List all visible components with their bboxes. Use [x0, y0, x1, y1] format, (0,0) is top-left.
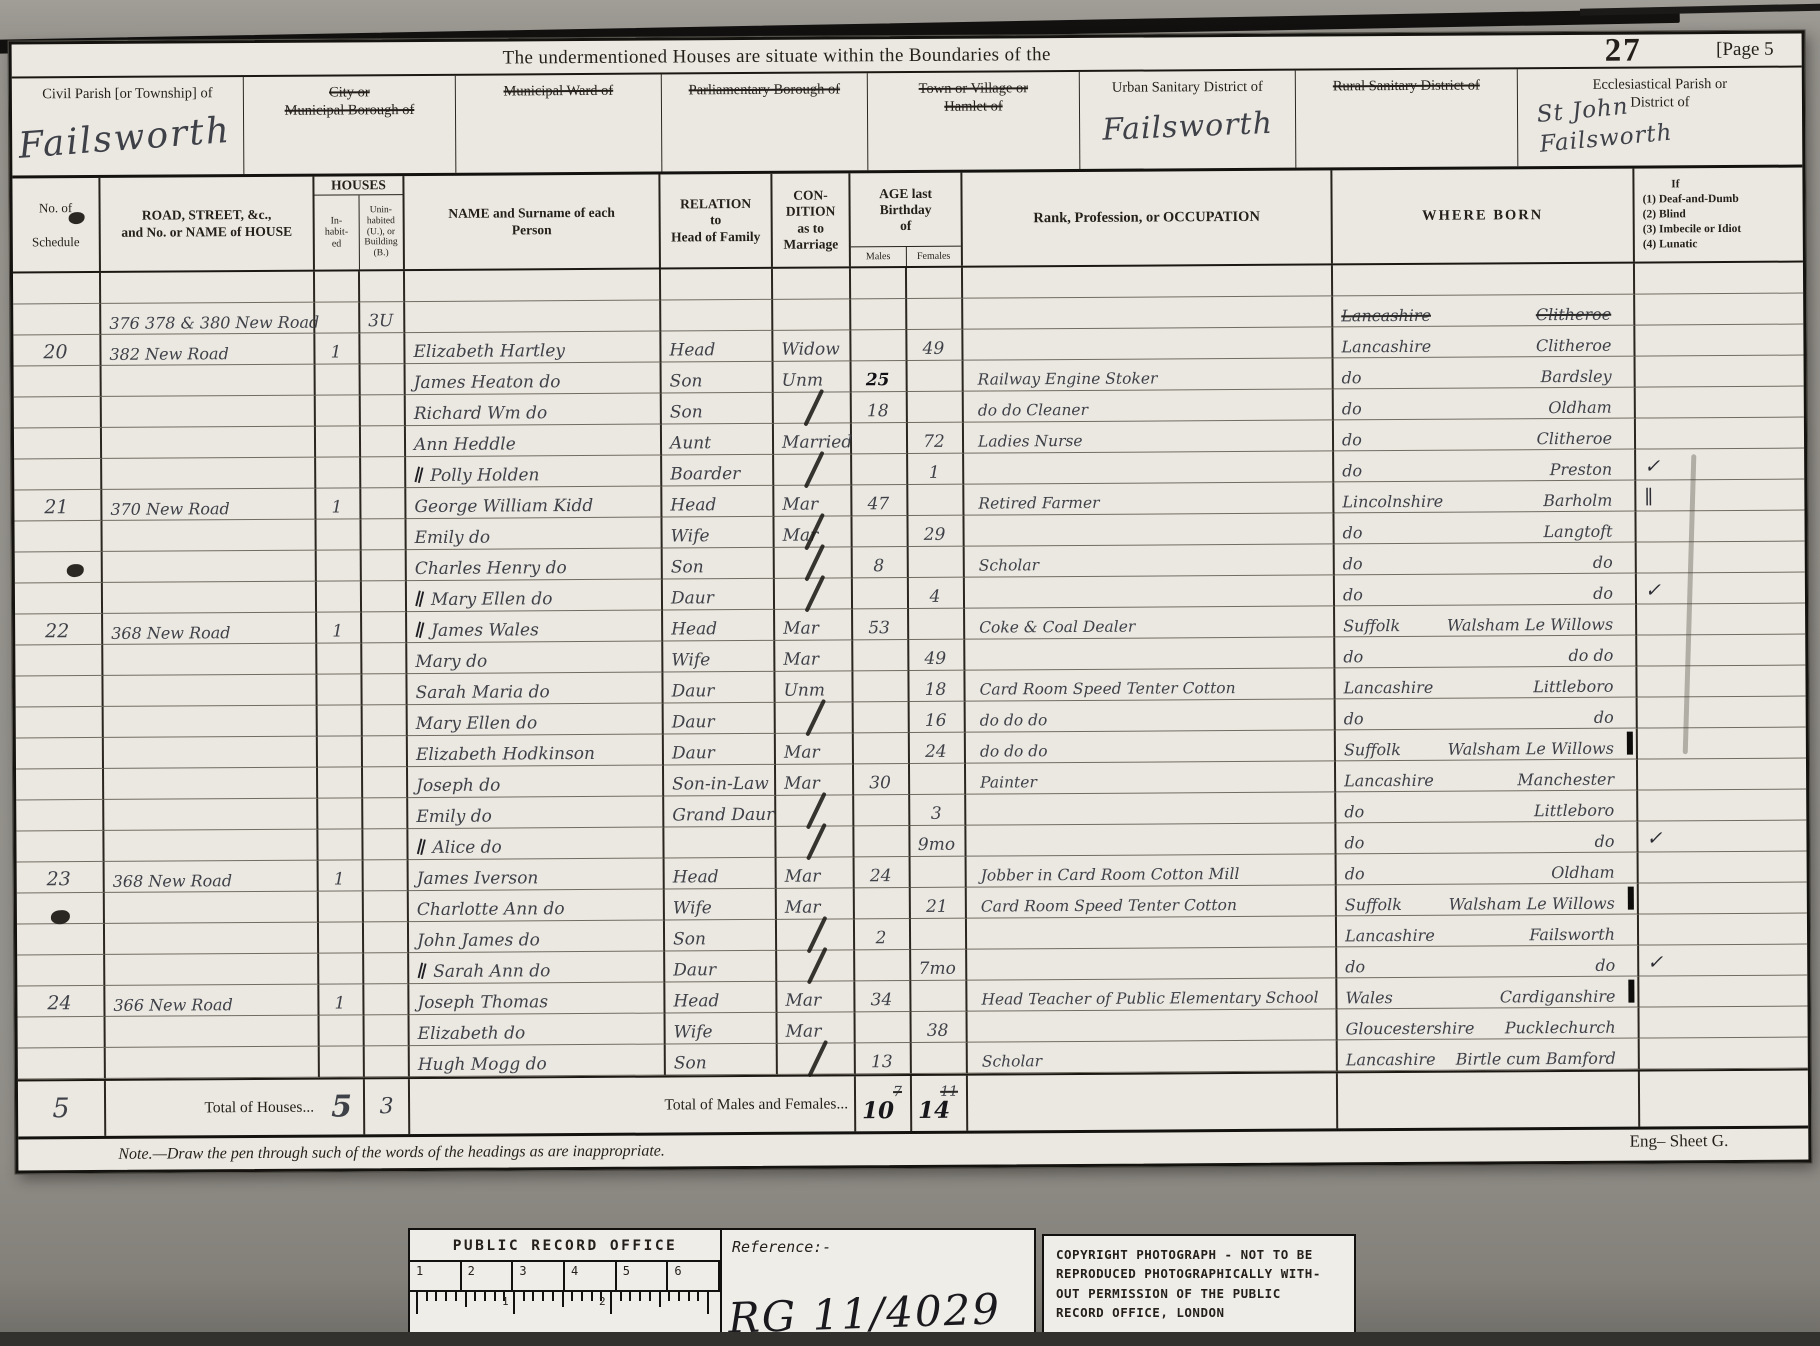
cell-value: 9mo [918, 834, 955, 855]
double-stroke-mark: ∥ [412, 465, 425, 487]
totals-houses-cell: Total of Houses... [106, 1080, 320, 1136]
cell-value: Wife [674, 1022, 713, 1043]
header-houses-group: HOUSES In- habit- ed Unin- habited (U.),… [314, 176, 405, 270]
ruler-tick [629, 1292, 631, 1301]
cell-value: 38 [927, 1020, 949, 1041]
ruler-tick [532, 1292, 534, 1301]
ruler-tick [659, 1292, 661, 1307]
born-county: Suffolk [1344, 740, 1401, 760]
cell-m [851, 299, 907, 330]
cell-value: Mary do [415, 651, 487, 672]
cell-infirm [1636, 387, 1804, 419]
cell-infirm [1636, 418, 1804, 450]
cell-m [855, 888, 911, 919]
cell-sch [15, 676, 103, 708]
born-county: do [1342, 430, 1362, 449]
cell-rel [661, 269, 773, 301]
cell-value: Widow [781, 339, 839, 360]
cell-m [852, 423, 908, 454]
cell-rel: Head [665, 982, 777, 1014]
totals-born-cell [1338, 1072, 1640, 1129]
cell-value: 49 [923, 338, 945, 359]
cell-born: LancashireManchester [1336, 760, 1638, 793]
copyright-line: REPRODUCED PHOTOGRAPHICALLY WITH- [1056, 1264, 1342, 1283]
born-county: do [1343, 585, 1363, 604]
cell-inh [316, 457, 361, 488]
cell-born: doLittleboro [1336, 791, 1638, 824]
cell-name: Emily do [406, 518, 662, 551]
cell-road [103, 675, 317, 707]
total-of-houses-label: Total of Houses... [106, 1098, 320, 1117]
born-county: Lancashire [1344, 771, 1434, 791]
born-county: do [1345, 864, 1365, 883]
pro-stamp-box: PUBLIC RECORD OFFICE 123456 12 Reference… [408, 1228, 1036, 1340]
cell-uninh [364, 984, 409, 1015]
cell-value: Mary Ellen do [431, 589, 553, 610]
page-title: The undermentioned Houses are situate wi… [12, 41, 1542, 72]
cell-value: 29 [924, 524, 946, 545]
inch-scale: 123456 [410, 1260, 720, 1292]
folio-number: 27 [1605, 33, 1642, 70]
cell-road: 368 New Road [103, 613, 317, 645]
cell-occ: Ladies Nurse [964, 420, 1334, 453]
cell-rel: Head [661, 331, 773, 363]
born-place: Clitheroe [1536, 336, 1612, 356]
cell-inh [316, 519, 361, 550]
cell-value: Unm [782, 370, 824, 391]
cell-inh [316, 364, 361, 395]
cell-road: 366 New Road [105, 985, 319, 1017]
cell-cond [776, 702, 854, 733]
cell-f [909, 609, 965, 640]
cell-value: 1 [334, 993, 345, 1013]
cell-occ: Painter [966, 761, 1336, 794]
ruler-tick [523, 1292, 525, 1301]
cell-m [855, 950, 911, 981]
page-label: [Page 5 [1716, 39, 1774, 61]
cell-f: 1 [908, 454, 964, 485]
uninhabited-total-value: 3 [365, 1094, 408, 1119]
cell-value: George William Kidd [414, 496, 593, 517]
cell-value: Aunt [670, 433, 711, 454]
cell-road [105, 892, 319, 924]
cell-rel: Son [663, 548, 775, 580]
cell-value: 4 [929, 586, 940, 606]
cell-infirm [1640, 1038, 1808, 1070]
cell-value: 18 [867, 401, 889, 422]
cell-f: 3 [910, 795, 966, 826]
cell-value: Card Room Speed Tenter Cotton [979, 679, 1235, 699]
cell-road: 370 New Road [102, 489, 316, 521]
cell-infirm: ✓ [1639, 945, 1807, 977]
header-males: Males [851, 247, 907, 266]
cell-value: 16 [925, 710, 947, 731]
cell-value: Card Room Speed Tenter Cotton [981, 896, 1237, 916]
ruler-tick [426, 1292, 428, 1301]
cell-m: 25 [852, 361, 908, 392]
cell-value: 20 [43, 341, 67, 364]
cell-cond: Unm [774, 361, 852, 392]
cell-uninh [364, 860, 409, 891]
cell-value: 1 [330, 342, 341, 362]
ruler-tick [465, 1292, 467, 1307]
cell-born: SuffolkWalsham Le Willows [1335, 605, 1637, 638]
cell-road [102, 427, 316, 459]
pen-stroke [805, 699, 825, 737]
cell-value: Emily do [415, 527, 491, 548]
cell-value: Mar [782, 494, 818, 515]
cell-value: 47 [868, 494, 890, 515]
cell-name: Charlotte Ann do [409, 890, 665, 923]
cell-value: 368 New Road [113, 871, 232, 891]
cell-name: Elizabeth Hodkinson [408, 735, 664, 768]
cell-inh [316, 395, 361, 426]
born-county: Lancashire [1345, 926, 1435, 946]
cell-infirm [1638, 759, 1806, 791]
cell-infirm [1639, 914, 1807, 946]
cell-rel: Daur [663, 579, 775, 611]
ruler-tick [474, 1292, 476, 1301]
ruler-tick [455, 1292, 457, 1301]
cell-infirm [1639, 852, 1807, 884]
cell-rel: Aunt [662, 424, 774, 456]
cell-value: Married [782, 432, 852, 453]
cell-sch [13, 273, 101, 305]
header-age: AGE last Birthday of [850, 173, 960, 247]
ink-bar-mark [1627, 732, 1633, 755]
cell-value: Mar [783, 649, 819, 670]
cell-born: GloucestershirePucklechurch [1337, 1008, 1639, 1041]
cell-infirm [1635, 325, 1803, 357]
cell-value: Boarder [670, 464, 740, 485]
ruler-tick [649, 1292, 651, 1301]
copyright-line: COPYRIGHT PHOTOGRAPH - NOT TO BE [1056, 1245, 1342, 1264]
cell-sch [15, 552, 103, 584]
cell-value: do do do [980, 712, 1048, 731]
cell-inh [318, 736, 363, 767]
born-county: do [1342, 368, 1362, 387]
born-place: do [1595, 832, 1615, 851]
ruler-panel: PUBLIC RECORD OFFICE 123456 12 [410, 1230, 722, 1338]
cell-cond [776, 826, 854, 857]
cell-value: Scholar [979, 557, 1039, 576]
cell-road: 376 378 & 380 New Road [101, 303, 315, 335]
cell-cond: Mar [777, 857, 855, 888]
born-county: Lancashire [1341, 337, 1431, 357]
cell-m [851, 268, 907, 299]
cell-occ [963, 265, 1333, 298]
cell-occ: do do do [966, 699, 1336, 732]
cell-cond [773, 268, 851, 299]
born-place: Walsham Le Willows [1449, 894, 1615, 914]
district-label: Parliamentary Borough of [662, 80, 867, 99]
cell-value: 368 New Road [111, 623, 230, 643]
cell-value: 22 [45, 620, 69, 643]
header-age-group: AGE last Birthday of Males Females [850, 173, 963, 267]
cell-uninh [360, 271, 405, 302]
table-header-row: No. of Schedule ROAD, STREET, &c., and N… [12, 168, 1803, 274]
born-place: Littleboro [1534, 801, 1614, 821]
cell-born: dodo [1337, 946, 1639, 979]
cell-sch: 23 [17, 862, 105, 894]
district-label: Town or Village or Hamlet of [868, 79, 1079, 117]
cell-born: LancashireLittleboro [1335, 667, 1637, 700]
cell-f: 72 [908, 423, 964, 454]
cell-inh [317, 581, 362, 612]
cell-value: 370 New Road [110, 499, 229, 519]
inch-mark: 2 [462, 1262, 514, 1290]
ruler-tick [513, 1292, 515, 1314]
cell-inh: 1 [315, 333, 360, 364]
cell-road [103, 644, 317, 676]
cell-road [102, 458, 316, 490]
cell-cond: Mar [774, 516, 852, 547]
cell-value: 21 [926, 896, 948, 917]
cell-value: ∥ [1644, 487, 1653, 510]
table-body: 376 378 & 380 New Road3ULancashireClithe… [13, 263, 1808, 1080]
cell-value: Mar [783, 618, 819, 639]
cell-name: Joseph do [408, 766, 664, 799]
cell-uninh [365, 1015, 410, 1046]
cell-occ: do do do [966, 730, 1336, 763]
cell-born: dodo do [1335, 636, 1637, 669]
cell-inh [318, 705, 363, 736]
census-scan-page: { "page": { "title": "The undermentioned… [0, 0, 1820, 1346]
cell-value: Son [671, 557, 704, 578]
cell-cond: Mar [775, 640, 853, 671]
cell-value: Mar [786, 1021, 822, 1042]
born-county: Lancashire [1343, 678, 1433, 698]
cell-value: ✓ [1645, 580, 1661, 603]
born-county: do [1344, 833, 1364, 852]
cell-value: 1 [331, 497, 342, 517]
totals-females-cell: 11 14 [912, 1076, 968, 1131]
cell-f: 38 [912, 1012, 968, 1043]
photo-top-edge-right [1580, 3, 1820, 15]
cell-value: 53 [868, 618, 890, 639]
ruler-tick [688, 1292, 690, 1301]
cell-f [908, 392, 964, 423]
cell-name: ∥James Wales [407, 611, 663, 644]
born-county: Wales [1345, 988, 1393, 1007]
cell-name: ∥Mary Ellen do [407, 580, 663, 613]
cell-rel: Grand Daur [664, 796, 776, 828]
ruler-tick [678, 1292, 680, 1301]
cell-value: 21 [44, 496, 68, 519]
ruler-tick [668, 1292, 670, 1301]
inch-mark: 6 [668, 1262, 720, 1290]
cell-name: Joseph Thomas [409, 983, 665, 1016]
born-county: do [1344, 709, 1364, 728]
cell-sch: 24 [17, 986, 105, 1018]
cell-road [105, 923, 319, 955]
cell-sch [17, 924, 105, 956]
cell-inh [319, 922, 364, 953]
cell-value: Head [673, 991, 719, 1012]
cell-f: 21 [911, 888, 967, 919]
district-cell: Municipal Ward of [456, 75, 663, 173]
cell-rel: Son [666, 1044, 778, 1076]
cell-born: LancashireFailsworth [1337, 915, 1639, 948]
cell-inh [320, 1015, 365, 1046]
cell-born: LancashireBirtle cum Bamford [1338, 1039, 1640, 1072]
cell-value: Head [673, 867, 719, 888]
copyright-line: OUT PERMISSION OF THE PUBLIC [1056, 1284, 1342, 1303]
cell-value: 366 New Road [113, 995, 232, 1015]
cell-born: doClitheroe [1334, 419, 1636, 452]
cell-m [852, 454, 908, 485]
cell-value: Alice do [432, 837, 501, 858]
cell-inh: 1 [316, 488, 361, 519]
cell-cond: Married [774, 423, 852, 454]
cell-name: Hugh Mogg do [410, 1045, 666, 1078]
cell-value: Unm [783, 680, 825, 701]
cell-m [854, 795, 910, 826]
inch-mark: 1 [410, 1262, 462, 1290]
cell-inh [317, 674, 362, 705]
cell-uninh [361, 395, 406, 426]
cell-name: ∥Alice do [408, 828, 664, 861]
cell-rel: Wife [663, 641, 775, 673]
cell-road [106, 1047, 320, 1079]
females-total-value: 14 [918, 1099, 950, 1122]
cell-name: George William Kidd [406, 487, 662, 520]
cell-value: Head [670, 495, 716, 516]
cell-sch [15, 645, 103, 677]
born-county: do [1344, 802, 1364, 821]
cell-value: Mar [784, 773, 820, 794]
cell-born [1333, 264, 1635, 297]
cell-f: 49 [907, 330, 963, 361]
cell-value: Wife [671, 650, 710, 671]
totals-occupation-cell [968, 1073, 1338, 1130]
cell-road [104, 830, 318, 862]
cell-inh: 1 [319, 860, 364, 891]
cell-rel: Boarder [662, 455, 774, 487]
cell-cond [776, 795, 854, 826]
cell-uninh [364, 953, 409, 984]
cell-occ: Retired Farmer [964, 482, 1334, 515]
ruler-tick [445, 1292, 447, 1301]
cell-cond: Mar [777, 981, 855, 1012]
ruler-tick [581, 1292, 583, 1301]
cell-road [106, 1016, 320, 1048]
pen-stroke [804, 451, 824, 489]
cell-cond [778, 1043, 856, 1074]
cell-inh [320, 1046, 365, 1077]
cell-cond [775, 547, 853, 578]
cell-born: doOldham [1334, 388, 1636, 421]
footer-note: Note.—Draw the pen through such of the w… [118, 1143, 665, 1164]
cell-road [103, 551, 317, 583]
cell-road [101, 272, 315, 304]
born-county: Suffolk [1345, 895, 1402, 915]
cell-uninh [361, 364, 406, 395]
cell-f [911, 919, 967, 950]
header-uninhabited: Unin- habited (U.), or Building (B.) [359, 195, 403, 269]
cell-value: 3U [368, 311, 393, 332]
cell-cond [777, 950, 855, 981]
cell-born: dodo [1336, 698, 1638, 731]
cell-value: 72 [923, 431, 945, 452]
cell-f: 24 [910, 733, 966, 764]
cell-occ [963, 296, 1333, 329]
district-cell: Parliamentary Borough of [662, 73, 869, 171]
cell-cond [774, 454, 852, 485]
totals-uninhabited-cell: 3 [365, 1079, 410, 1134]
cell-value: Polly Holden [430, 465, 539, 486]
cell-rel: Daur [665, 951, 777, 983]
ruler-tick [484, 1292, 486, 1301]
cell-m [854, 733, 910, 764]
cell-value: 1 [332, 621, 343, 641]
cell-inh: 1 [319, 984, 364, 1015]
born-county: do [1342, 461, 1362, 480]
cell-value: Painter [980, 774, 1037, 793]
cell-value: Mary Ellen do [416, 713, 538, 734]
born-place: Oldham [1551, 863, 1615, 883]
cell-value: Mar [784, 742, 820, 763]
cell-f: 16 [910, 702, 966, 733]
born-place: Bardsley [1541, 367, 1612, 387]
cell-m [851, 330, 907, 361]
cell-born: doOldham [1337, 853, 1639, 886]
cell-value: ✓ [1644, 456, 1660, 479]
born-place: Littleboro [1533, 677, 1613, 697]
cell-uninh [362, 643, 407, 674]
cell-value: Elizabeth Hodkinson [416, 744, 595, 765]
cell-road: 368 New Road [105, 861, 319, 893]
cell-occ [964, 451, 1334, 484]
cell-m: 8 [853, 547, 909, 578]
ruler-tick [610, 1292, 612, 1314]
cell-rel: Daur [664, 734, 776, 766]
totals-schedule-cell: 5 [18, 1081, 106, 1137]
cell-infirm [1639, 883, 1807, 915]
cell-value: Son [674, 1053, 707, 1074]
cell-value: 23 [47, 868, 71, 891]
cell-cond [774, 392, 852, 423]
totals-inhabited-cell: 5 [320, 1079, 365, 1134]
cell-born: SuffolkWalsham Le Willows [1337, 884, 1639, 917]
born-place: Pucklechurch [1505, 1018, 1616, 1038]
cell-name: Ann Heddle [406, 425, 662, 458]
cell-name: Elizabeth do [410, 1014, 666, 1047]
cell-value: Mar [785, 897, 821, 918]
cell-name: ∥Sarah Ann do [409, 952, 665, 985]
cell-infirm [1639, 1007, 1807, 1039]
cell-value: Hugh Mogg do [418, 1054, 547, 1075]
cell-born: dodo [1336, 822, 1638, 855]
cell-uninh [362, 550, 407, 581]
cell-f: 49 [909, 640, 965, 671]
sheet-label: Eng– Sheet G. [1630, 1131, 1729, 1152]
cell-cond: Widow [773, 330, 851, 361]
cell-occ: Coke & Coal Dealer [965, 606, 1335, 639]
cell-value: Grand Daur [672, 804, 774, 825]
cell-value: 18 [925, 679, 947, 700]
cell-infirm: ✓ [1636, 449, 1804, 481]
born-place: do [1594, 708, 1614, 727]
cell-sch [18, 1017, 106, 1049]
ruler-tick [435, 1292, 437, 1301]
cell-sch: 21 [14, 490, 102, 522]
cell-value: 376 378 & 380 New Road [109, 312, 319, 332]
ruler-tick [571, 1292, 573, 1301]
cell-value: Head [669, 340, 715, 361]
cell-uninh [363, 798, 408, 829]
cell-cond: Unm [775, 671, 853, 702]
